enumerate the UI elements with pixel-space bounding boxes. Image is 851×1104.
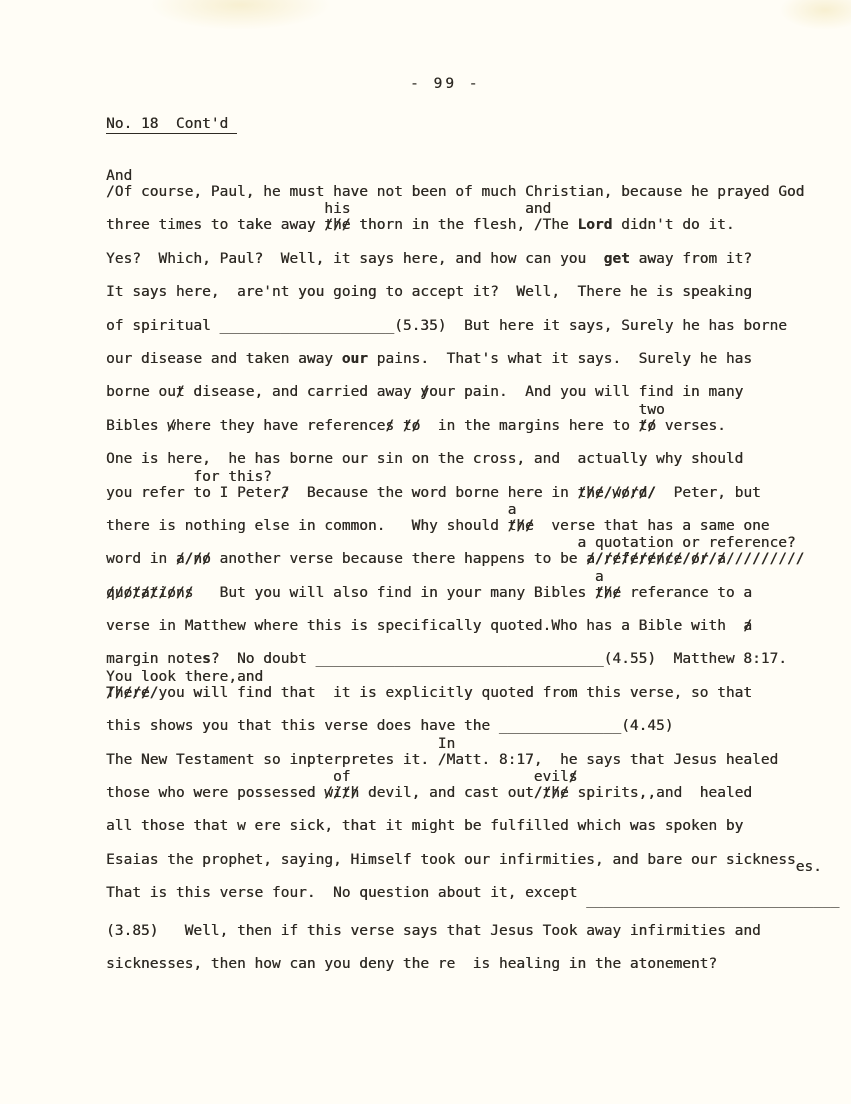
text-line: twoBibles where they have references to … <box>106 417 846 450</box>
text-segment: didn't do it. <box>612 217 734 233</box>
text-line: And/Of course, Paul, he must have not be… <box>106 183 846 216</box>
page-number: - 99 - <box>410 76 480 92</box>
text-segment <box>394 418 403 434</box>
text-segment: word in <box>106 551 176 567</box>
text-segment: in the margins here to <box>420 418 638 434</box>
text-segment: evil <box>534 769 569 785</box>
text-line: That is this verse four. No question abo… <box>106 884 846 917</box>
fill-in-blank: ____________________ <box>220 318 395 334</box>
paper-stain <box>780 0 851 30</box>
text-segment: pains. That's what it says. Surely he ha… <box>368 351 752 367</box>
struck-text: t <box>176 383 185 401</box>
struck-text: to <box>403 417 420 435</box>
text-segment: That is this verse four. No question abo… <box>106 885 586 901</box>
fill-in-blank: _____________________________ <box>586 891 839 909</box>
text-line: verse in Matthew where this is specifica… <box>106 617 846 650</box>
interline-insertion: and <box>525 200 551 218</box>
text-segment: (4.45) <box>621 718 673 734</box>
fill-in-blank: ______________ <box>499 718 621 734</box>
text-segment: you refer to I Peter <box>106 485 281 501</box>
text-segment: referance to a <box>621 585 752 601</box>
struck-text: a/reference or/a <box>586 550 726 568</box>
text-segment: The New Testament so inpterpretes it. /M… <box>106 752 778 768</box>
text-segment: sicknesses, then how can you deny the re… <box>106 956 717 972</box>
struck-text: y <box>420 383 429 401</box>
struck-text: s <box>385 417 394 435</box>
text-line: You look there,andThere/you will find th… <box>106 684 846 717</box>
text-segment: Esaias the prophet, saying, Himself took… <box>106 852 796 868</box>
text-segment: this shows you that this verse does have… <box>106 718 499 734</box>
subscript-text: es. <box>796 858 822 876</box>
struck-text: quotations <box>106 584 193 602</box>
text-segment: here they have reference <box>176 418 386 434</box>
text-segment: (4.55) Matthew 8:17. <box>604 651 787 667</box>
struck-text: the <box>324 216 350 234</box>
text-line: a quotation or reference?word in a/no an… <box>106 550 846 583</box>
overtyped-text: get <box>604 251 630 267</box>
text-line: aquotations But you will also find in yo… <box>106 584 846 617</box>
struck-text: the <box>508 517 534 535</box>
text-line: of spiritual ____________________(5.35) … <box>106 317 846 350</box>
text-segment: /you will find that it is explicitly quo… <box>150 685 752 701</box>
text-segment: disease, and carried away <box>185 384 421 400</box>
text-line: (3.85) Well, then if this verse says tha… <box>106 922 846 955</box>
text-segment: our disease and taken away <box>106 351 342 367</box>
struck-text: w <box>167 417 176 435</box>
fill-in-blank: _________________________________ <box>316 651 604 667</box>
struck-text: the <box>595 584 621 602</box>
struck-text: ? <box>281 484 290 502</box>
text-segment: /Of course, Paul, he must have not been … <box>106 184 804 200</box>
text-segment: those who were possessed <box>106 785 324 801</box>
text-line: It says here, are'nt you going to accept… <box>106 283 846 316</box>
struck-text: s <box>569 768 578 786</box>
text-segment: all those that w ere sick, that it might… <box>106 818 743 834</box>
text-line: our disease and taken away our pains. Th… <box>106 350 846 383</box>
text-line: hisandthree times to take away the thorn… <box>106 216 846 249</box>
struck-text: to <box>639 417 656 435</box>
text-segment: verse in Matthew where this is specifica… <box>106 618 743 634</box>
struck-text: a/no <box>176 550 211 568</box>
text-segment: there is nothing else in common. Why sho… <box>106 518 508 534</box>
typewritten-body: And/Of course, Paul, he must have not be… <box>106 183 846 988</box>
struck-text: There <box>106 684 150 702</box>
struck-text: a <box>743 617 752 635</box>
overtyped-text: Lord <box>577 217 612 233</box>
text-segment: verses. <box>656 418 726 434</box>
document-page: - 99 - No. 18 Cont'd And/Of course, Paul… <box>0 0 851 1104</box>
text-line: for this?you refer to I Peter? Because t… <box>106 484 846 517</box>
text-segment: borne ou <box>106 384 176 400</box>
text-line: borne out disease, and carried away your… <box>106 383 846 416</box>
text-line: ofevilsthose who were possessed with dev… <box>106 784 846 817</box>
text-segment: spirits,,and healed <box>569 785 752 801</box>
text-segment: our pain. And you will find in many <box>429 384 743 400</box>
overtyped-text: s <box>202 651 211 667</box>
text-line: this shows you that this verse does have… <box>106 717 846 750</box>
interline-insertion: In <box>438 735 455 753</box>
text-segment: verse that has a same one <box>534 518 770 534</box>
struck-text: the <box>543 784 569 802</box>
struck-text: the/word/ <box>577 484 656 502</box>
text-segment: away from it? <box>630 251 752 267</box>
text-segment: But you will also find in your many Bibl… <box>193 585 595 601</box>
text-segment: (5.35) But here it says, Surely he has b… <box>394 318 787 334</box>
paper-stain <box>150 0 330 30</box>
section-heading: No. 18 Cont'd <box>106 116 237 134</box>
text-segment: (3.85) Well, then if this verse says tha… <box>106 923 761 939</box>
text-segment: margin note <box>106 651 202 667</box>
text-segment: another verse because there happens to b… <box>211 551 586 567</box>
text-segment: One is here, he has borne our sin on the… <box>106 451 743 467</box>
overtyped-text: our <box>342 351 368 367</box>
text-line: InThe New Testament so inpterpretes it. … <box>106 751 846 784</box>
text-segment: devil, and cast out/ <box>359 785 542 801</box>
text-line: Esaias the prophet, saying, Himself took… <box>106 851 846 884</box>
interline-insertion: for this? <box>193 468 272 486</box>
text-segment: Peter, but <box>656 485 761 501</box>
text-segment: three times to take away <box>106 217 324 233</box>
struck-text: with <box>324 784 359 802</box>
text-line: all those that w ere sick, that it might… <box>106 817 846 850</box>
interline-insertion: And <box>106 167 132 185</box>
text-segment: ? No doubt <box>211 651 316 667</box>
text-segment: Yes? Which, Paul? Well, it says here, an… <box>106 251 604 267</box>
text-segment: ///////// <box>726 551 805 567</box>
text-segment: Bibles <box>106 418 167 434</box>
text-segment: of spiritual <box>106 318 220 334</box>
text-line: sicknesses, then how can you deny the re… <box>106 955 846 988</box>
text-segment: Because the word borne here in <box>289 485 577 501</box>
text-segment: It says here, are'nt you going to accept… <box>106 284 752 300</box>
text-line: Yes? Which, Paul? Well, it says here, an… <box>106 250 846 283</box>
text-segment: thorn in the flesh, /The <box>350 217 577 233</box>
